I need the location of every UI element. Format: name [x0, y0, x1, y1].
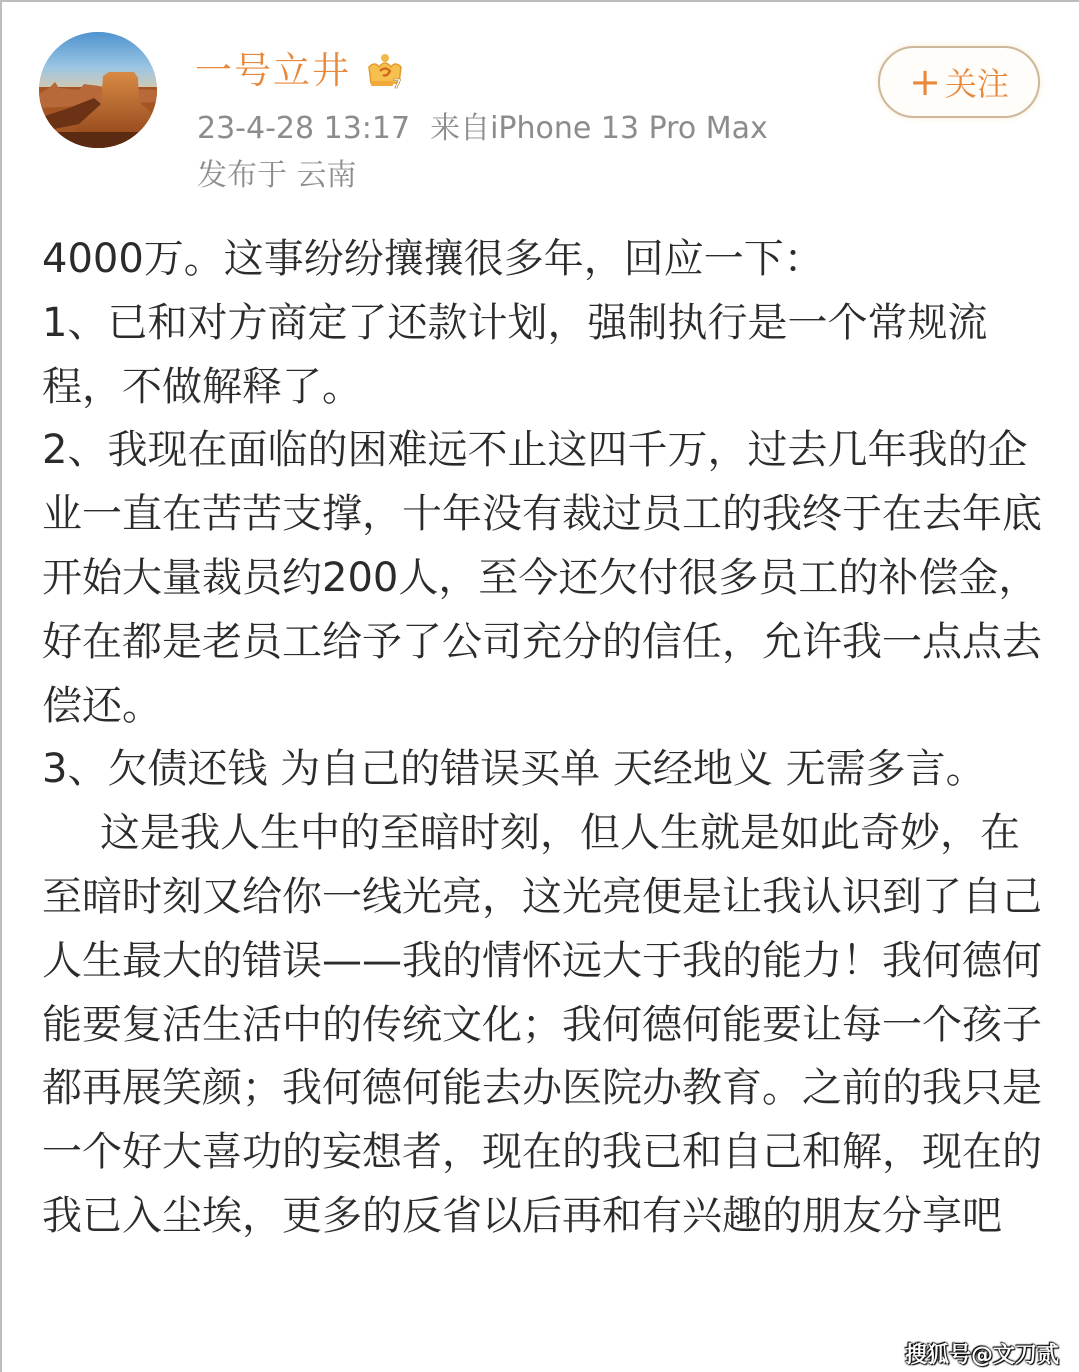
author-name-row: 一号立井 7 [195, 46, 405, 96]
post-timestamp: 23-4-28 13:17 [197, 111, 410, 146]
follow-button-label: 关注 [945, 59, 1009, 105]
post-paragraph: 2、我现在面临的困难远不止这四千万，过去几年我的企业一直在苦苦支撑，十年没有裁过… [42, 419, 1042, 738]
vip-level: 7 [393, 77, 401, 91]
source-watermark: 搜狐号@文刀贰 [905, 1342, 1059, 1370]
post-paragraph: 这是我人生中的至暗时刻，但人生就是如此奇妙，在至暗时刻又给你一线光亮，这光亮便是… [42, 802, 1042, 1249]
post-source: 来自iPhone 13 Pro Max [430, 111, 768, 146]
post-header: 一号立井 7 23-4-28 13:17来自iPhone 13 Pro Max … [2, 2, 1079, 212]
author-avatar[interactable] [39, 32, 157, 148]
post-paragraph: 3、欠债还钱 为自己的错误买单 天经地义 无需多言。 [42, 738, 1042, 802]
crown-icon[interactable]: 7 [365, 51, 405, 91]
follow-button[interactable]: + 关注 [878, 46, 1040, 118]
post-paragraph: 1、已和对方商定了还款计划，强制执行是一个常规流程，不做解释了。 [42, 292, 1042, 420]
post-body: 4000万。这事纷纷攘攘很多年，回应一下： 1、已和对方商定了还款计划，强制执行… [42, 228, 1042, 1249]
post-meta: 23-4-28 13:17来自iPhone 13 Pro Max [197, 107, 768, 151]
post-paragraph: 4000万。这事纷纷攘攘很多年，回应一下： [42, 228, 1042, 292]
author-name[interactable]: 一号立井 [195, 46, 351, 96]
plus-icon: + [909, 63, 941, 101]
post-location: 发布于 云南 [197, 154, 357, 198]
desert-butte-avatar-icon [39, 32, 157, 148]
